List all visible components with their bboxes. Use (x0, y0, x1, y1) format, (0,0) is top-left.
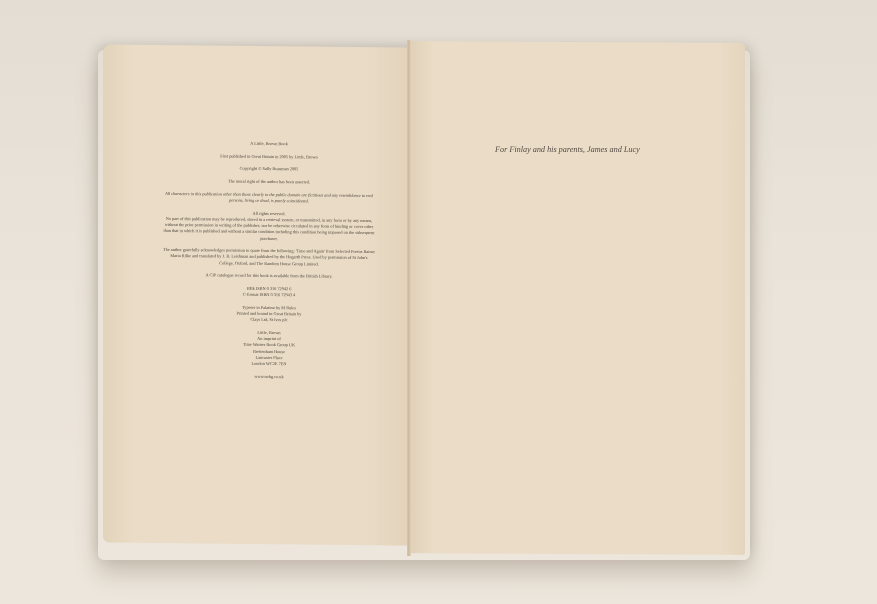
photo-scene: A Little, Brown Book First published in … (0, 0, 877, 604)
fiction-notice: All characters in this publication other… (163, 191, 375, 206)
acknowledgement-notice: The author gratefully acknowledges permi… (163, 247, 375, 268)
first-published-line: First published in Great Britain in 2005… (163, 153, 375, 161)
copyright-text-block: A Little, Brown Book First published in … (163, 140, 375, 388)
publisher-address: Little, Brown An imprint of Time Warner … (163, 329, 375, 368)
dedication-text: For Finlay and his parents, James and Lu… (495, 145, 695, 154)
isbn-lines: HBk ISBN 0 316 72942 6 C-format ISBN 0 3… (163, 285, 375, 300)
cip-notice: A CIP catalogue record for this book is … (163, 272, 375, 280)
copyright-line: Copyright © Sally Beauman 2005 (163, 165, 375, 173)
rights-reserved-notice: All rights reserved. No part of this pub… (163, 210, 375, 243)
website-line: www.twbg.co.uk (163, 373, 375, 381)
book-spine-gutter (407, 40, 411, 556)
typeset-lines: Typeset in Palatino by M Rules Printed a… (163, 304, 375, 325)
right-page-dedication (407, 41, 745, 555)
moral-right-line: The moral right of the author has been a… (163, 178, 375, 186)
publisher-line: A Little, Brown Book (163, 140, 375, 148)
